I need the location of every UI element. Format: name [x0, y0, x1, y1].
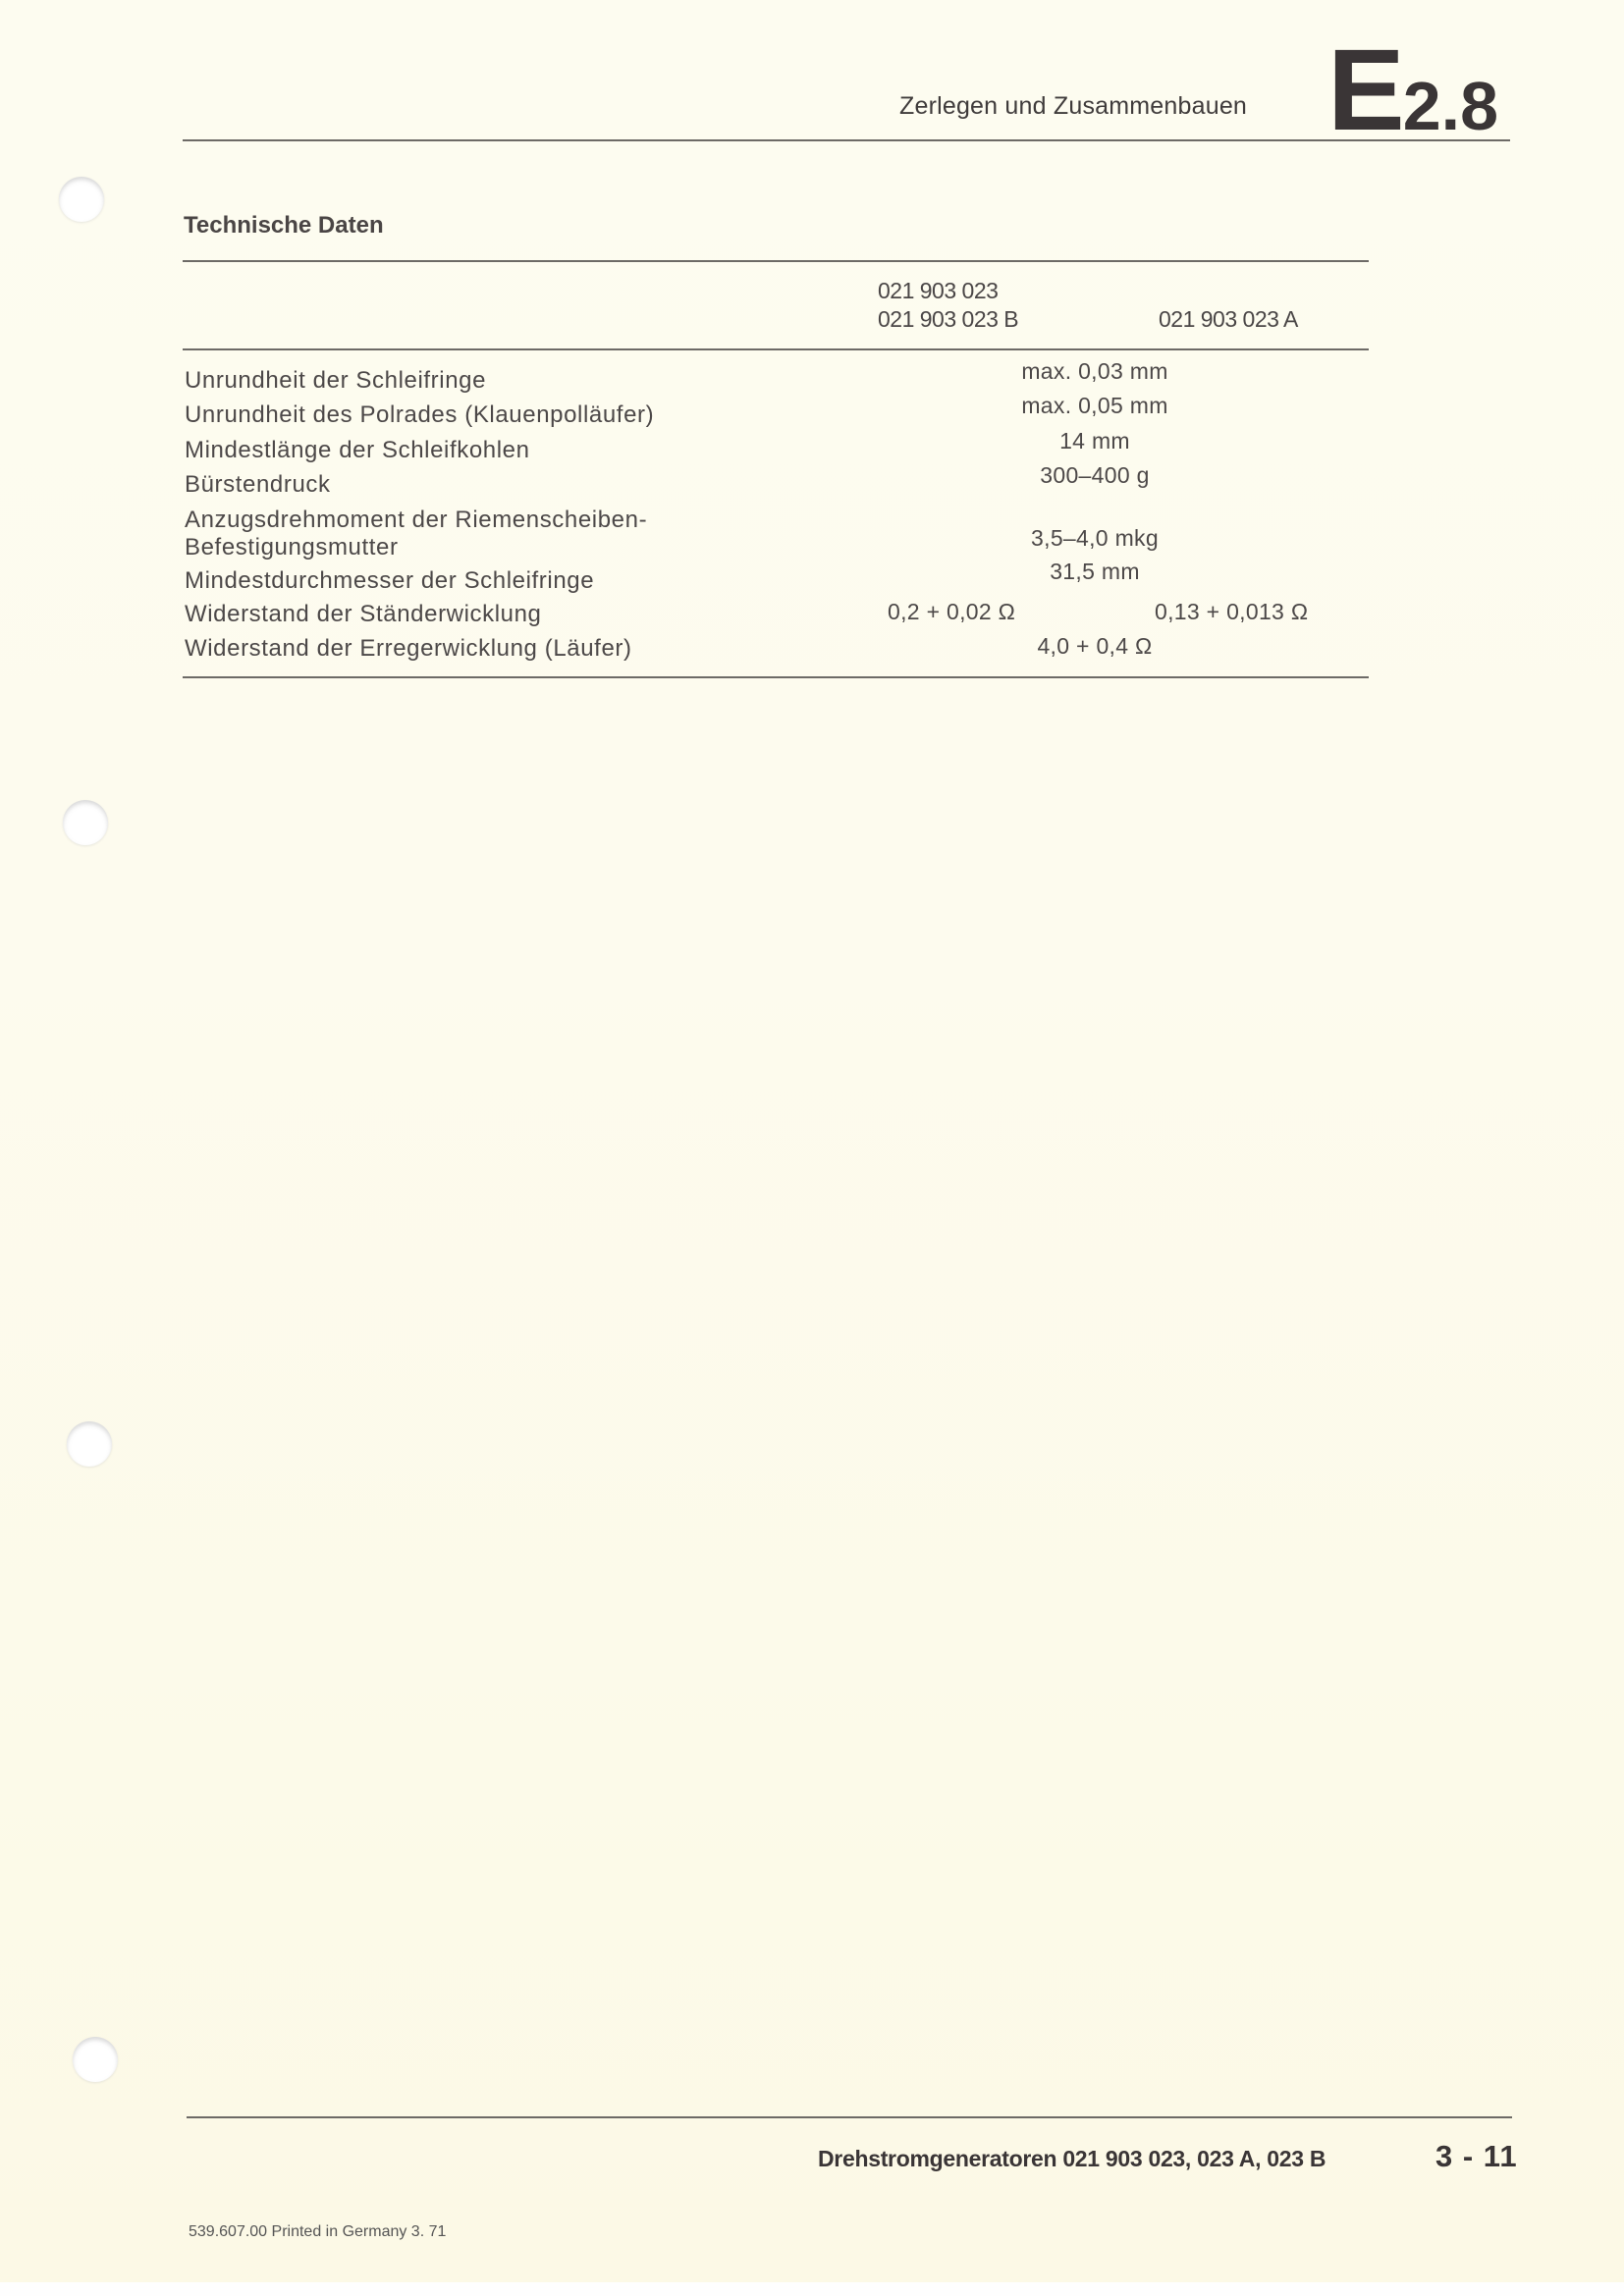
- row-label: Widerstand der Erregerwicklung (Läufer): [185, 635, 632, 663]
- row-label: Bürstendruck: [185, 471, 331, 499]
- row-label: Unrundheit des Polrades (Klauenpolläufer…: [185, 401, 654, 429]
- table-bottom-rule: [183, 676, 1369, 678]
- column-header-1-line-1: 021 903 023: [878, 278, 998, 304]
- row-value: 31,5 mm: [947, 559, 1242, 585]
- row-label: Mindestlänge der Schleifkohlen: [185, 437, 530, 464]
- row-value: 3,5–4,0 mkg: [947, 525, 1242, 552]
- row-value: 4,0 + 0,4 Ω: [947, 633, 1242, 660]
- table-top-rule: [183, 260, 1369, 262]
- row-value-col-2: 0,13 + 0,013 Ω: [1155, 599, 1308, 625]
- punch-hole: [73, 2037, 118, 2082]
- section-number: 2.8: [1403, 68, 1498, 144]
- print-info: 539.607.00 Printed in Germany 3. 71: [189, 2223, 446, 2241]
- row-label: Unrundheit der Schleifringe: [185, 367, 486, 395]
- row-label: Mindestdurchmesser der Schleifringe: [185, 567, 594, 595]
- row-label-line-2: Befestigungsmutter: [185, 534, 399, 561]
- scan-edge: [0, 2282, 1624, 2296]
- header-title: Zerlegen und Zusammenbauen: [899, 92, 1247, 121]
- punch-hole: [59, 177, 104, 222]
- page-number: 3 - 11: [1435, 2139, 1518, 2174]
- table-header-rule: [183, 348, 1369, 350]
- row-label-line-1: Anzugsdrehmoment der Riemenscheiben-: [185, 507, 647, 534]
- section-letter: E: [1327, 26, 1403, 155]
- punch-hole: [67, 1421, 112, 1467]
- row-value: max. 0,05 mm: [947, 393, 1242, 419]
- section-title: Technische Daten: [184, 212, 384, 240]
- footer-rule: [187, 2116, 1512, 2118]
- punch-hole: [63, 800, 108, 845]
- row-value: max. 0,03 mm: [947, 358, 1242, 385]
- row-value-col-1: 0,2 + 0,02 Ω: [888, 599, 1015, 625]
- page-background: [0, 0, 1624, 2282]
- row-value: 300–400 g: [947, 462, 1242, 489]
- column-header-1-line-2: 021 903 023 B: [878, 306, 1018, 333]
- row-label: Widerstand der Ständerwicklung: [185, 601, 542, 628]
- row-value: 14 mm: [947, 428, 1242, 454]
- column-header-2: 021 903 023 A: [1159, 306, 1298, 333]
- footer-title: Drehstromgeneratoren 021 903 023, 023 A,…: [818, 2146, 1326, 2172]
- header-rule: [183, 139, 1510, 141]
- section-code: E2.8: [1327, 24, 1498, 157]
